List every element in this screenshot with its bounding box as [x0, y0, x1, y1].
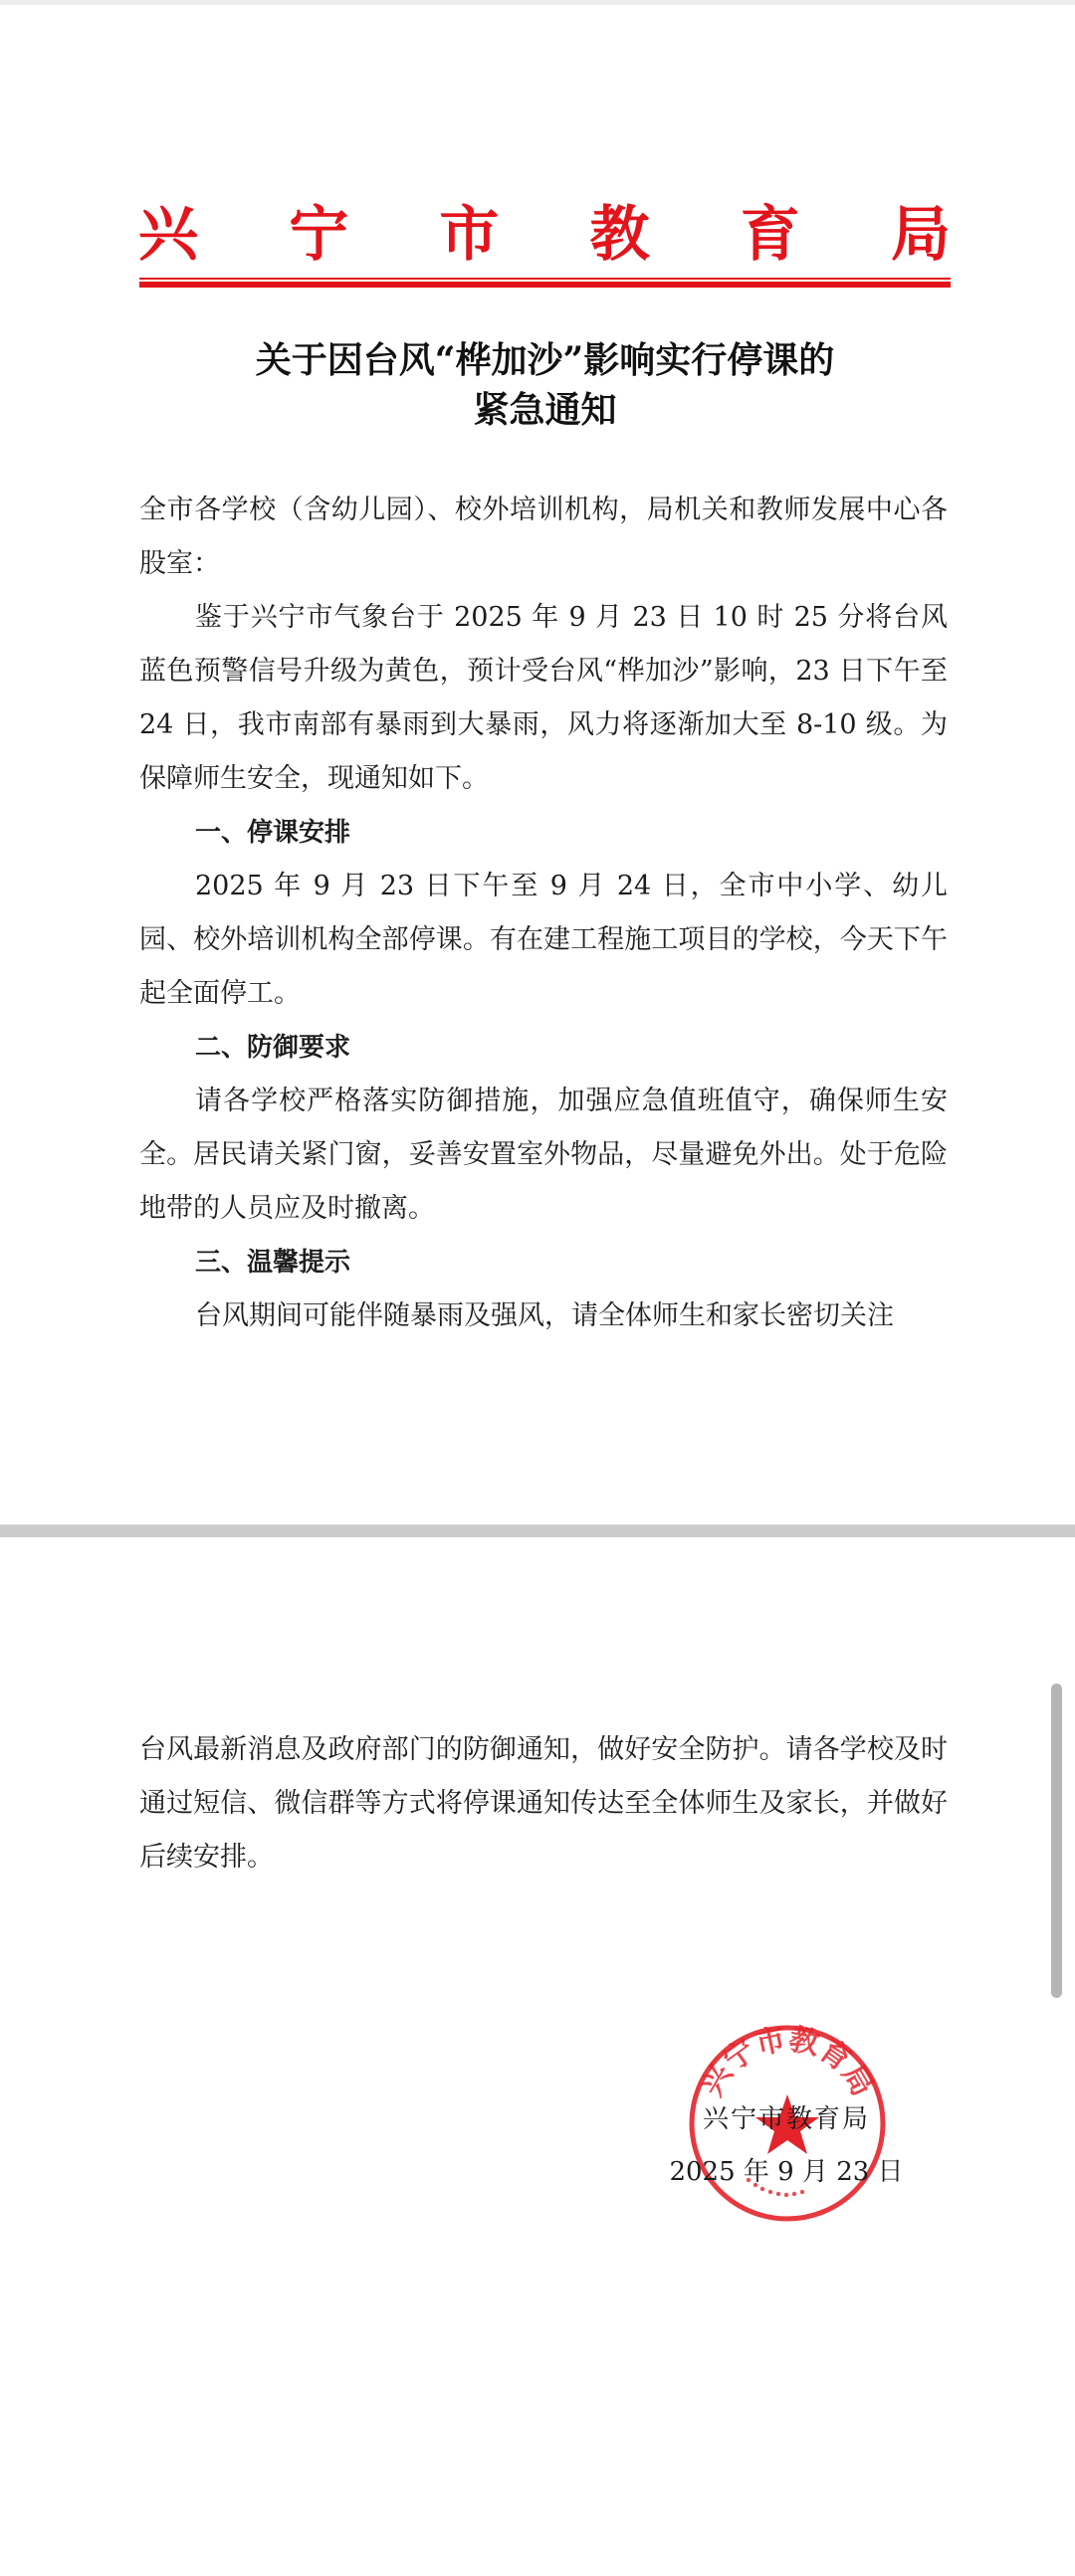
title-line-2: 紧急通知 [139, 385, 951, 435]
masthead-org-name: 兴 宁 市 教 育 局 [137, 199, 952, 271]
masthead-char: 兴 [137, 199, 199, 271]
svg-text:兴宁市教育局: 兴宁市教育局 [695, 2023, 880, 2102]
masthead-rule-thin [139, 278, 951, 280]
masthead-char: 局 [890, 199, 952, 271]
document-body-page-2: 台风最新消息及政府部门的防御通知，做好安全防护。请各学校及时通过短信、微信群等方… [139, 1723, 948, 1884]
section-text-1: 2025 年 9 月 23 日下午至 9 月 24 日，全市中小学、幼儿园、校外… [139, 860, 948, 1021]
section-heading-3: 三、温馨提示 [139, 1236, 948, 1289]
document-title: 关于因台风“桦加沙”影响实行停课的 紧急通知 [139, 335, 951, 435]
seal-text: 兴宁市教育局 [695, 2023, 880, 2102]
masthead-char: 育 [740, 199, 801, 271]
section-heading-1: 一、停课安排 [139, 806, 948, 860]
masthead-char: 市 [438, 199, 500, 271]
section-heading-2: 二、防御要求 [139, 1021, 948, 1075]
section-text-3-part2: 台风最新消息及政府部门的防御通知，做好安全防护。请各学校及时通过短信、微信群等方… [139, 1723, 948, 1884]
intro-paragraph: 鉴于兴宁市气象台于 2025 年 9 月 23 日 10 时 25 分将台风蓝色… [139, 591, 948, 806]
section-text-2: 请各学校严格落实防御措施，加强应急值班值守，确保师生安全。居民请关紧门窗，妥善安… [139, 1075, 948, 1236]
vertical-scrollbar-thumb[interactable] [1051, 1684, 1062, 1998]
section-text-3-part1: 台风期间可能伴随暴雨及强风，请全体师生和家长密切关注 [139, 1289, 948, 1343]
title-line-1: 关于因台风“桦加沙”影响实行停课的 [139, 335, 951, 385]
signature-org: 兴宁市教育局 [657, 2099, 916, 2139]
signature-date: 2025 年 9 月 23 日 [657, 2152, 916, 2192]
masthead-rule-thick [139, 282, 951, 288]
masthead-char: 宁 [288, 199, 349, 271]
document-page-2 [0, 1537, 1075, 2576]
page-separator [0, 1524, 1075, 1537]
document-body-page-1: 全市各学校（含幼儿园）、校外培训机构，局机关和教师发展中心各股室： 鉴于兴宁市气… [139, 484, 948, 1343]
salutation: 全市各学校（含幼儿园）、校外培训机构，局机关和教师发展中心各股室： [139, 484, 948, 591]
masthead-char: 教 [589, 199, 651, 271]
